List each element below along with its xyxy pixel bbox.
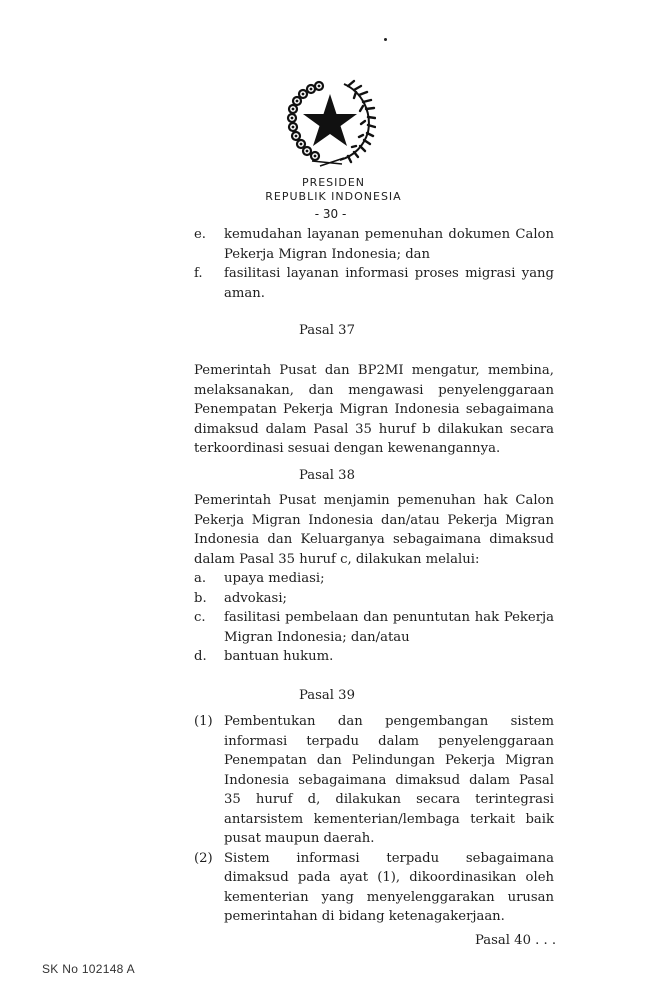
item-text: Sistem informasi terpadu sebagaimana dim… [224,849,554,927]
list-item: a. upaya mediasi; [194,569,554,589]
pasal-37-body: Pemerintah Pusat dan BP2MI mengatur, mem… [194,361,554,459]
scan-speck [384,38,387,41]
garuda-star-wreath-emblem-icon [284,78,376,168]
item-text: fasilitasi layanan informasi proses migr… [224,264,554,303]
item-label: (2) [194,849,224,927]
item-label: e. [194,225,224,264]
item-label: (1) [194,712,224,849]
item-text: advokasi; [224,589,554,609]
list-item: d. bantuan hukum. [194,647,554,667]
item-text: bantuan hukum. [224,647,554,667]
item-text: fasilitasi pembelaan dan penuntutan hak … [224,608,554,647]
pasal-39-section: (1) Pembentukan dan pengembangan sistem … [194,712,554,927]
pasal-39-title: Pasal 39 [299,686,355,706]
item-label: b. [194,589,224,609]
list-item: (2) Sistem informasi terpadu sebagaimana… [194,849,554,927]
item-text: Pembentukan dan pengembangan sistem info… [224,712,554,849]
document-page: PRESIDEN REPUBLIK INDONESIA - 30 - e. ke… [0,0,651,1000]
item-text: upaya mediasi; [224,569,554,589]
page-number: - 30 - [5,207,651,221]
header-republik-indonesia: REPUBLIK INDONESIA [8,190,651,203]
header-presiden: PRESIDEN [8,176,651,189]
item-label: c. [194,608,224,647]
list-item: (1) Pembentukan dan pengembangan sistem … [194,712,554,849]
document-code: SK No 102148 A [42,962,135,976]
list-item: e. kemudahan layanan pemenuhan dokumen C… [194,225,554,264]
item-text: kemudahan layanan pemenuhan dokumen Calo… [224,225,554,264]
pasal-37-title: Pasal 37 [299,321,355,341]
item-label: a. [194,569,224,589]
pasal-38-body: Pemerintah Pusat menjamin pemenuhan hak … [194,491,554,569]
intro-list: e. kemudahan layanan pemenuhan dokumen C… [194,225,554,303]
list-item: b. advokasi; [194,589,554,609]
pasal-38-title: Pasal 38 [299,466,355,486]
list-item: c. fasilitasi pembelaan dan penuntutan h… [194,608,554,647]
pasal-38-section: Pemerintah Pusat menjamin pemenuhan hak … [194,491,554,667]
next-page-catchword: Pasal 40 . . . [475,931,556,951]
item-label: f. [194,264,224,303]
list-item: f. fasilitasi layanan informasi proses m… [194,264,554,303]
item-label: d. [194,647,224,667]
